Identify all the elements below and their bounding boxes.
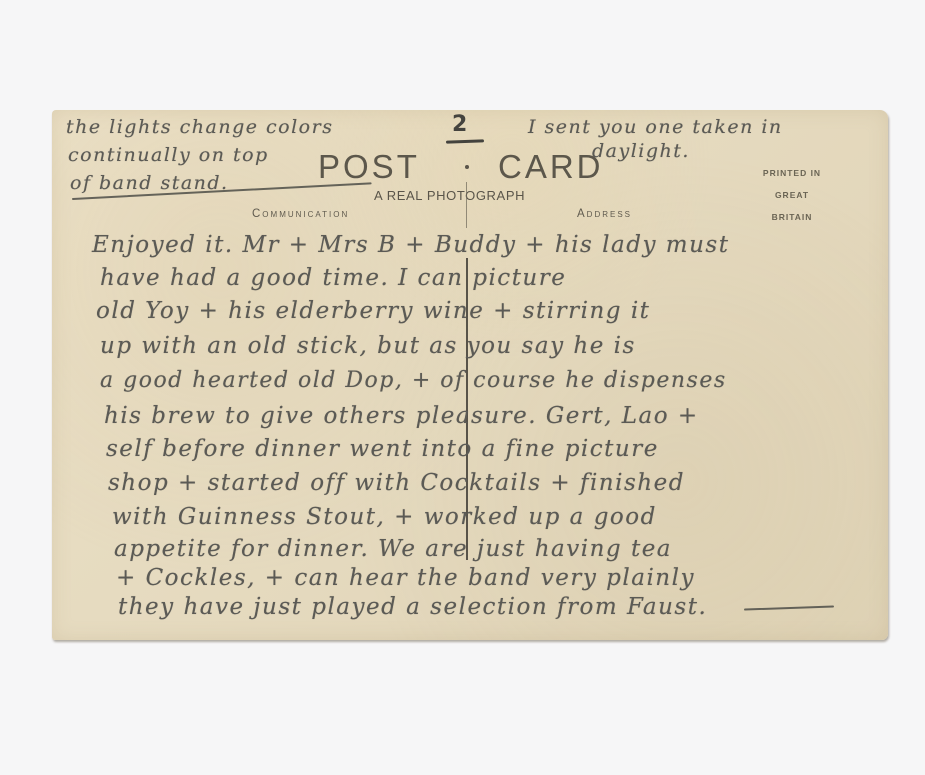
card-title: CARD: [498, 148, 604, 186]
body-line-8: shop + started off with Cocktails + fini…: [108, 470, 685, 496]
body-line-6: his brew to give others pleasure. Gert, …: [104, 403, 699, 429]
center-dot: [465, 165, 469, 169]
communication-label: Communication: [252, 208, 349, 220]
body-line-5: a good hearted old Dop, + of course he d…: [100, 368, 727, 393]
note-top-left-line-1: the lights change colors: [66, 116, 333, 138]
great-line: GREAT: [752, 184, 832, 206]
page-number-marker: 2: [452, 112, 467, 137]
body-line-4: up with an old stick, but as you say he …: [100, 333, 636, 359]
faust-underline-stroke: [744, 605, 834, 610]
body-line-12: they have just played a selection from F…: [118, 594, 707, 620]
divider-top: [466, 182, 467, 228]
page-number-underline: [446, 139, 484, 143]
body-line-1: Enjoyed it. Mr + Mrs B + Buddy + his lad…: [92, 232, 729, 258]
real-photograph-subtitle: A REAL PHOTOGRAPH: [374, 188, 525, 203]
note-top-right-line-1: I sent you one taken in: [528, 116, 783, 138]
britain-line: BRITAIN: [752, 206, 832, 228]
address-label: Address: [577, 208, 632, 220]
body-line-9: with Guinness Stout, + worked up a good: [112, 504, 657, 530]
note-top-right-line-2: daylight.: [592, 140, 690, 162]
body-line-7: self before dinner went into a fine pict…: [106, 436, 659, 462]
body-line-10: appetite for dinner. We are just having …: [114, 536, 672, 562]
body-line-11: + Cockles, + can hear the band very plai…: [116, 565, 695, 591]
body-line-2: have had a good time. I can picture: [100, 265, 566, 291]
body-line-3: old Yoy + his elderberry wine + stirring…: [96, 298, 650, 324]
note-top-left-line-2: continually on top: [68, 144, 269, 166]
postcard-back: 2 POST CARD A REAL PHOTOGRAPH Communicat…: [52, 110, 888, 640]
post-title: POST: [318, 148, 420, 186]
printed-in-great-britain: PRINTED IN GREAT BRITAIN: [752, 162, 832, 228]
printed-in-line: PRINTED IN: [752, 162, 832, 184]
